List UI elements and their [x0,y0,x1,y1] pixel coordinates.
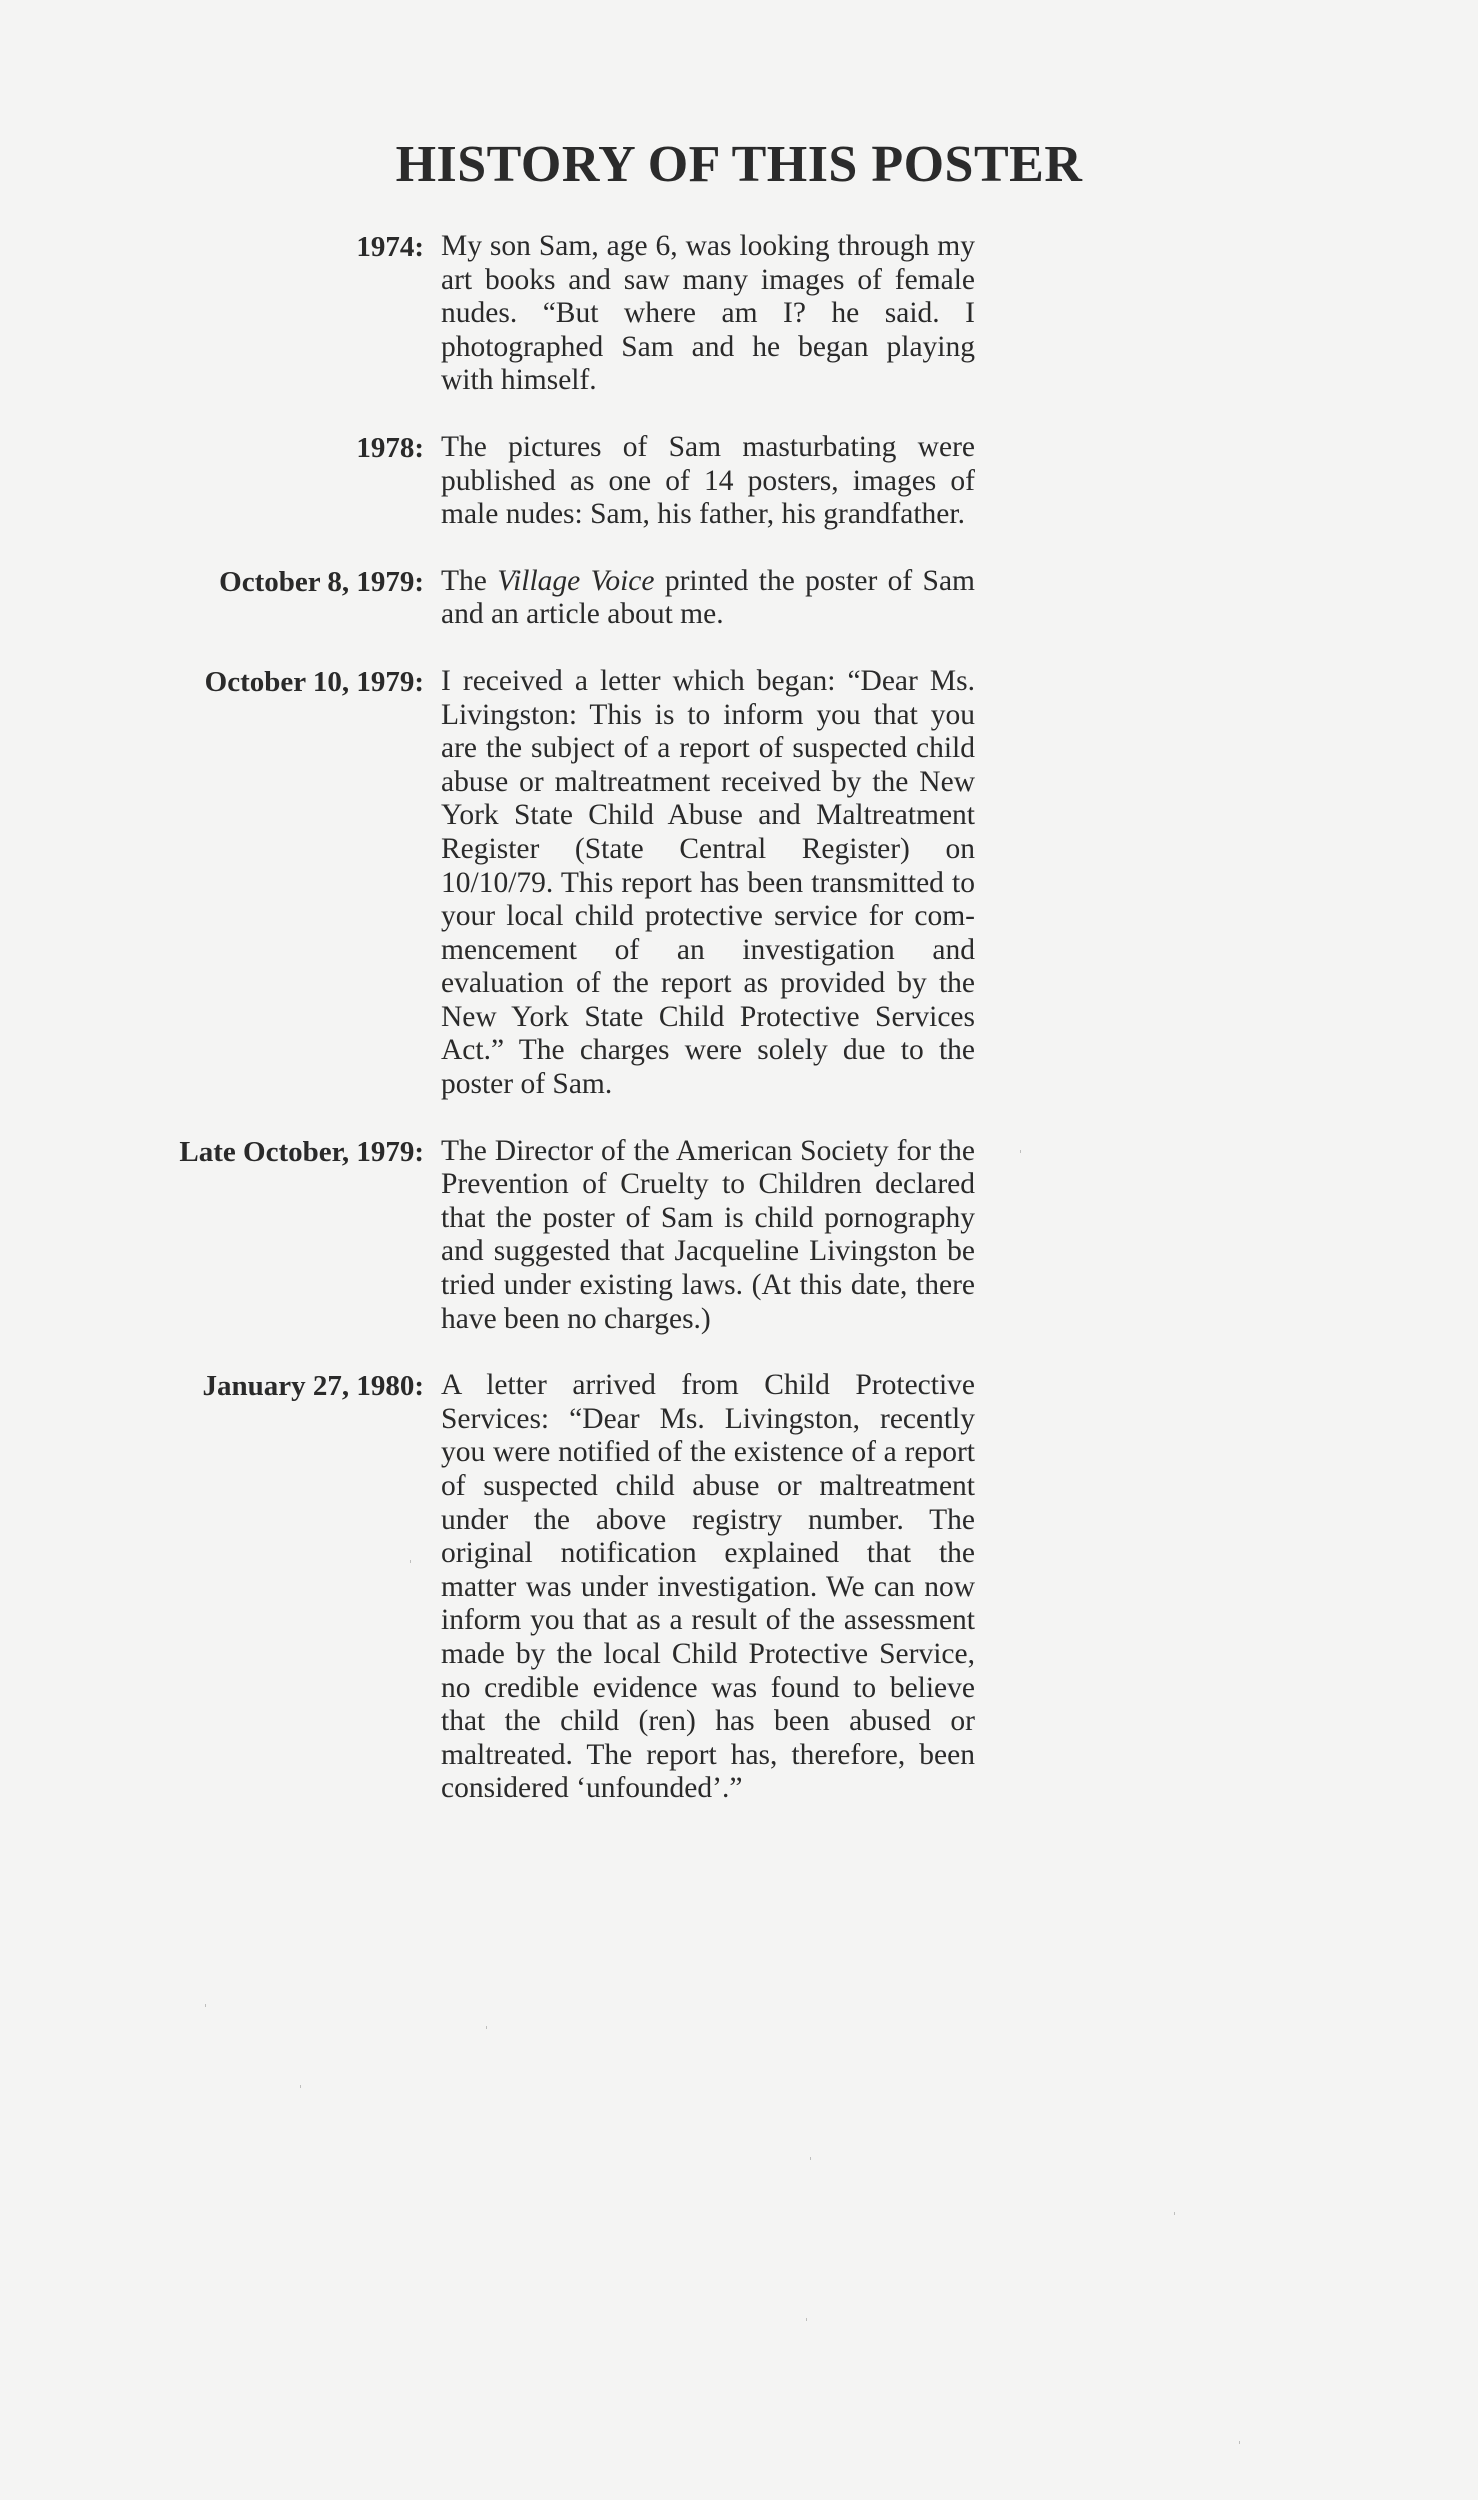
timeline-entry: 1974: My son Sam, age 6, was looking thr… [0,230,1478,398]
entry-date: January 27, 1980: [0,1369,441,1403]
timeline-entry: Late October, 1979: The Director of the … [0,1135,1478,1337]
paper-speck [205,2004,206,2007]
entry-date: 1978: [0,431,441,465]
entry-text: A letter arrived from Child Protective S… [441,1369,975,1806]
paper-speck [1239,2441,1240,2444]
timeline-entry: January 27, 1980: A letter arrived from … [0,1369,1478,1806]
entry-text-part: The [441,565,497,597]
paper-speck [1174,2212,1175,2215]
entry-date: October 8, 1979: [0,565,441,599]
entry-date: 1974: [0,230,441,264]
paper-speck [806,2318,807,2321]
entry-text: My son Sam, age 6, was looking through m… [441,230,975,398]
paper-speck [300,2085,301,2088]
entry-text: The Director of the American Society for… [441,1135,975,1337]
page-title: HISTORY OF THIS POSTER [0,130,1478,200]
paper-speck [810,2157,811,2160]
entry-text: The pictures of Sam masturbating were pu… [441,431,975,532]
paper-speck [486,2026,487,2029]
timeline-entry: 1978: The pictures of Sam masturbating w… [0,431,1478,532]
paper-speck [1020,1150,1021,1153]
timeline: 1974: My son Sam, age 6, was looking thr… [0,230,1478,1839]
entry-text: The Village Voice printed the poster of … [441,565,975,632]
timeline-entry: October 10, 1979: I received a letter wh… [0,665,1478,1102]
paper-speck [410,1560,411,1563]
paper-speck [520,1550,521,1553]
document-page: HISTORY OF THIS POSTER 1974: My son Sam,… [0,0,1478,2500]
entry-text: I received a letter which began: “Dear M… [441,665,975,1102]
entry-date: October 10, 1979: [0,665,441,699]
timeline-entry: October 8, 1979: The Village Voice print… [0,565,1478,632]
publication-name: Village Voice [497,565,654,597]
entry-date: Late October, 1979: [0,1135,441,1169]
